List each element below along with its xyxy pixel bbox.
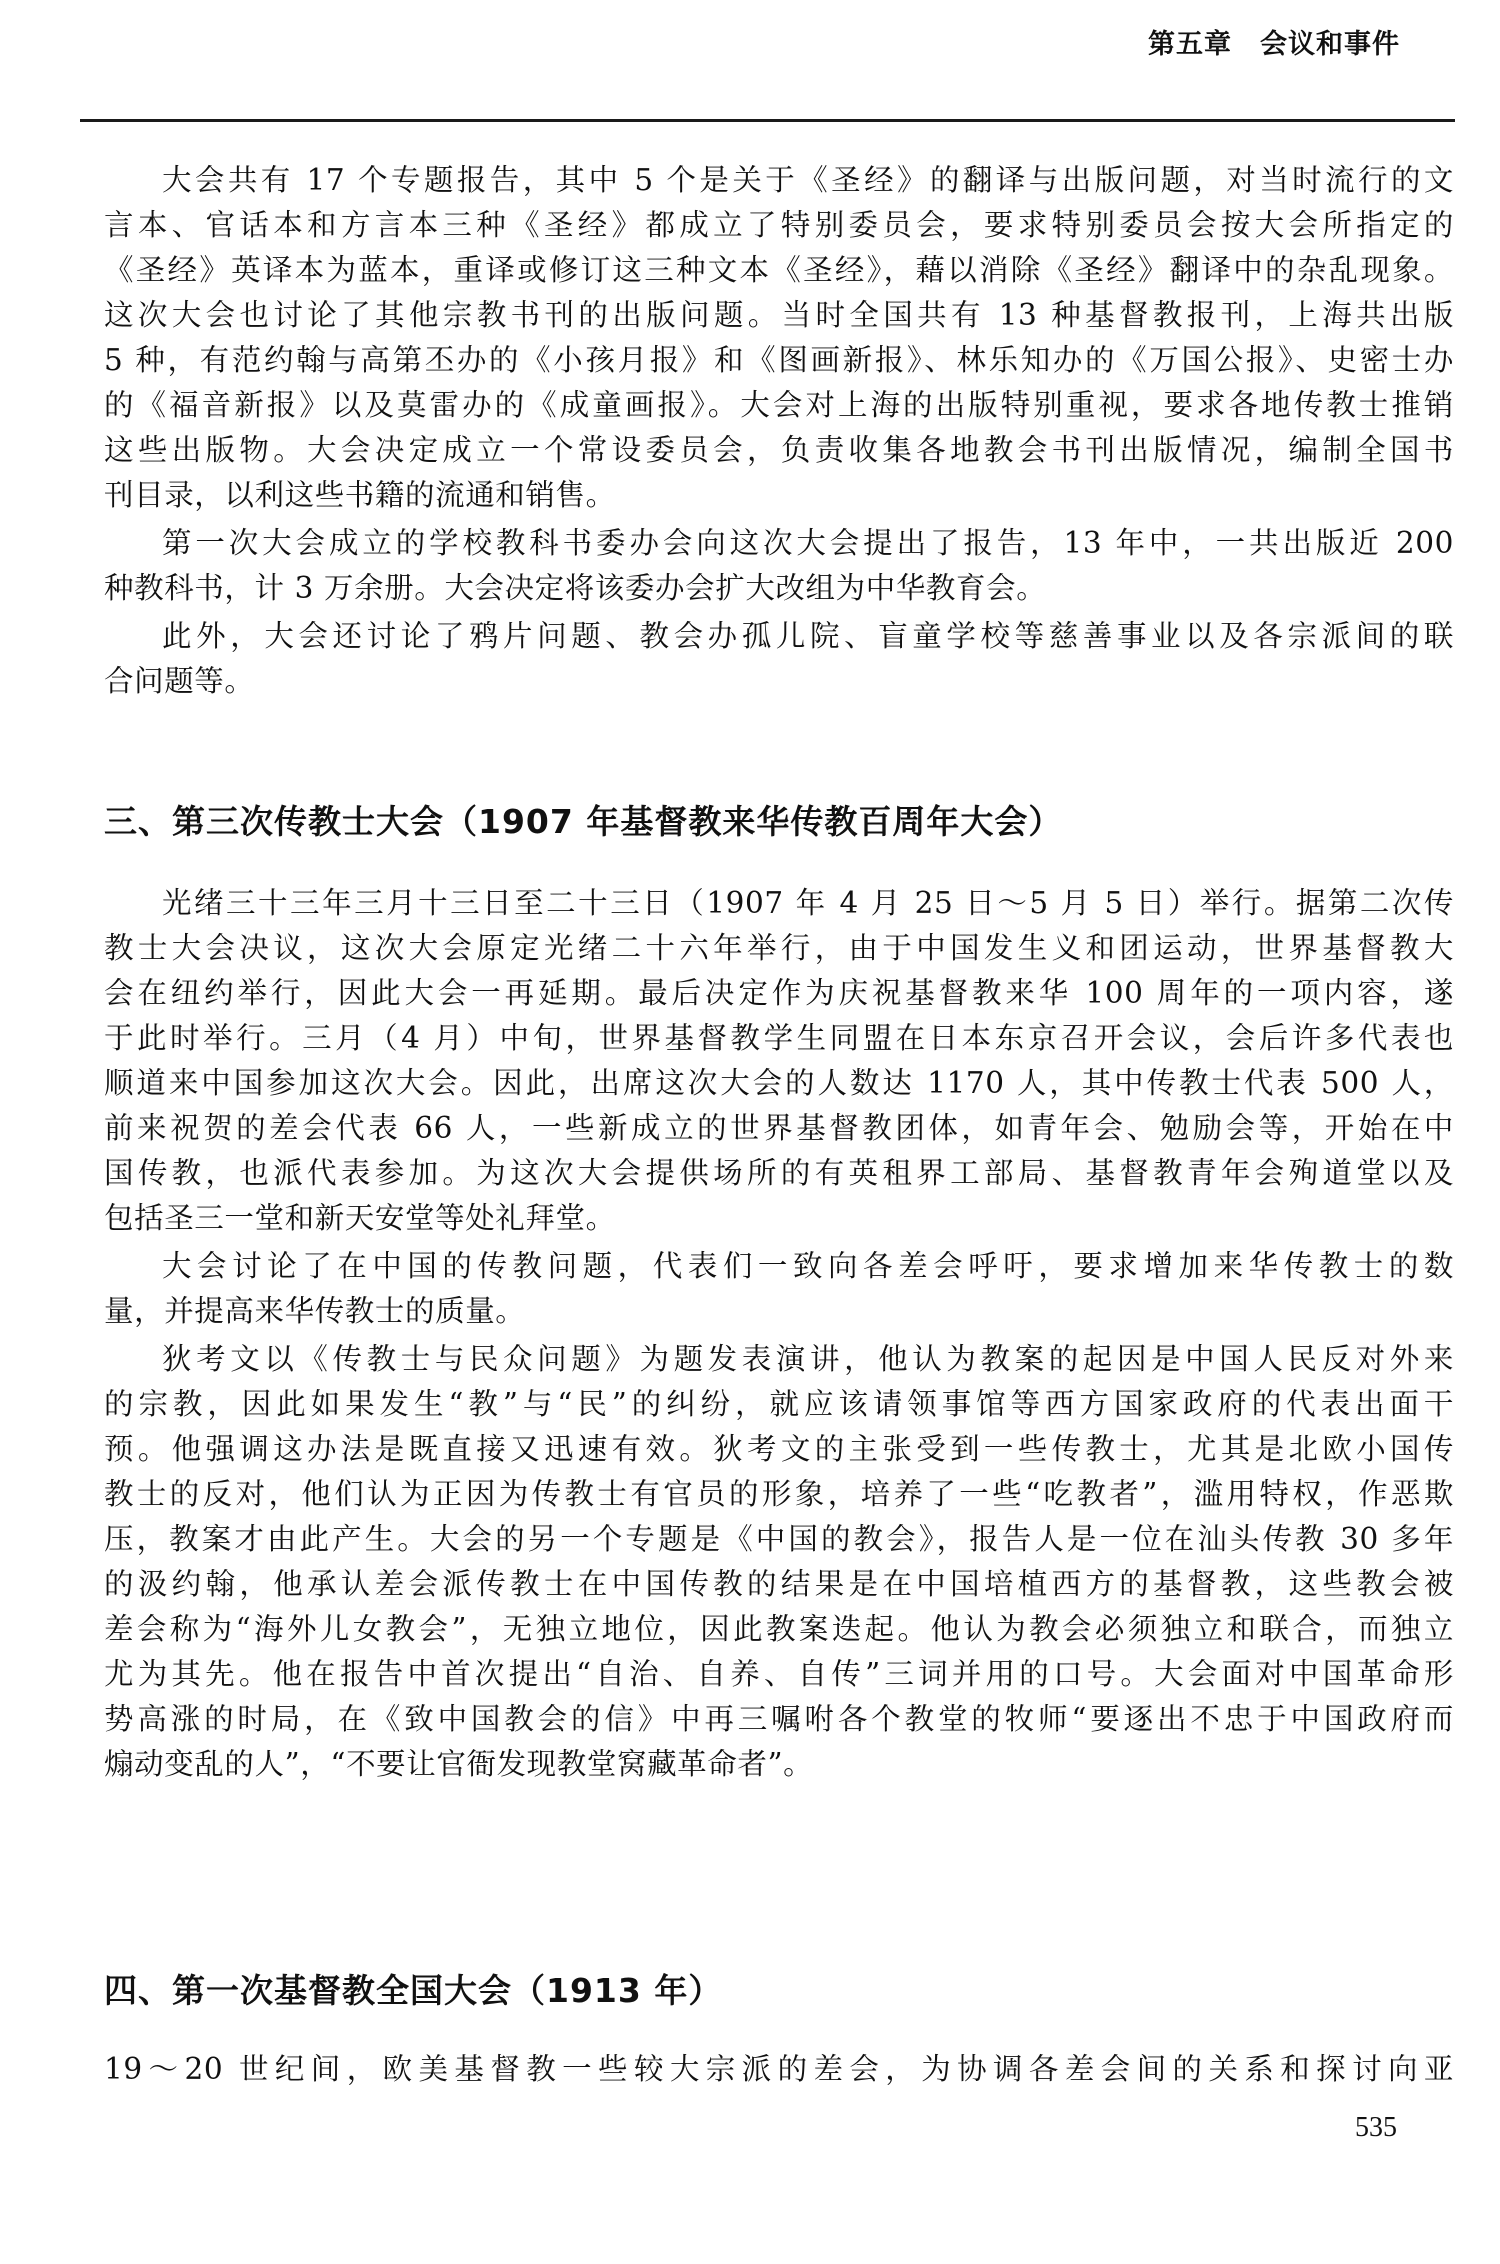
header-rule (80, 119, 1455, 122)
text-line: 压，教案才由此产生。大会的另一个专题是《中国的教会》，报告人是一位在汕头传教 3… (104, 1517, 1454, 1562)
text-line: 5 种，有范约翰与高第丕办的《小孩月报》和《图画新报》、林乐知办的《万国公报》、… (104, 338, 1454, 383)
text-line: 前来祝贺的差会代表 66 人，一些新成立的世界基督教团体，如青年会、勉励会等，开… (104, 1106, 1454, 1151)
section-heading-4: 四、第一次基督教全国大会（1913 年） (104, 1966, 722, 2016)
text-line: 差会称为“海外儿女教会”，无独立地位，因此教案迭起。他认为教会必须独立和联合，而… (104, 1607, 1454, 1652)
text-line: 这些出版物。大会决定成立一个常设委员会，负责收集各地教会书刊出版情况，编制全国书 (104, 428, 1454, 473)
text-line: 尤为其先。他在报告中首次提出“自治、自养、自传”三词并用的口号。大会面对中国革命… (104, 1652, 1454, 1697)
text-line: 国传教，也派代表参加。为这次大会提供场所的有英租界工部局、基督教青年会殉道堂以及 (104, 1151, 1454, 1196)
text-line: 大会共有 17 个专题报告，其中 5 个是关于《圣经》的翻译与出版问题，对当时流… (162, 158, 1454, 203)
text-line: 于此时举行。三月（4 月）中旬，世界基督教学生同盟在日本东京召开会议，会后许多代… (104, 1016, 1454, 1061)
text-line: 势高涨的时局，在《致中国教会的信》中再三嘱咐各个教堂的牧师“要逐出不忠于中国政府… (104, 1697, 1454, 1742)
text-line: 教士的反对，他们认为正因为传教士有官员的形象，培养了一些“吃教者”，滥用特权，作… (104, 1472, 1454, 1517)
text-line: 包括圣三一堂和新天安堂等处礼拜堂。 (104, 1196, 616, 1241)
text-line: 言本、官话本和方言本三种《圣经》都成立了特别委员会，要求特别委员会按大会所指定的 (104, 203, 1454, 248)
text-line: 刊目录，以利这些书籍的流通和销售。 (104, 473, 616, 518)
text-line: 狄考文以《传教士与民众问题》为题发表演讲，他认为教案的起因是中国人民反对外来 (162, 1337, 1454, 1382)
text-line: 的《福音新报》以及莫雷办的《成童画报》。大会对上海的出版特别重视，要求各地传教士… (104, 383, 1454, 428)
text-line: 的宗教，因此如果发生“教”与“民”的纠纷，就应该请领事馆等西方国家政府的代表出面… (104, 1382, 1454, 1427)
text-line: 会在纽约举行，因此大会一再延期。最后决定作为庆祝基督教来华 100 周年的一项内… (104, 971, 1454, 1016)
text-line: 《圣经》英译本为蓝本，重译或修订这三种文本《圣经》，藉以消除《圣经》翻译中的杂乱… (104, 248, 1454, 293)
text-line: 教士大会决议，这次大会原定光绪二十六年举行，由于中国发生义和团运动，世界基督教大 (104, 926, 1454, 971)
text-line: 第一次大会成立的学校教科书委办会向这次大会提出了报告，13 年中，一共出版近 2… (162, 521, 1454, 566)
text-line: 大会讨论了在中国的传教问题，代表们一致向各差会呼吁，要求增加来华传教士的数 (162, 1244, 1454, 1289)
text-line: 的汲约翰，他承认差会派传教士在中国传教的结果是在中国培植西方的基督教，这些教会被 (104, 1562, 1454, 1607)
page-number: 535 (1355, 2112, 1397, 2144)
text-line: 种教科书，计 3 万余册。大会决定将该委办会扩大改组为中华教育会。 (104, 566, 1046, 611)
text-line: 顺道来中国参加这次大会。因此，出席这次大会的人数达 1170 人，其中传教士代表… (104, 1061, 1454, 1106)
text-line: 这次大会也讨论了其他宗教书刊的出版问题。当时全国共有 13 种基督教报刊，上海共… (104, 293, 1454, 338)
text-line: 量，并提高来华传教士的质量。 (104, 1289, 525, 1334)
text-line: 光绪三十三年三月十三日至二十三日（1907 年 4 月 25 日～5 月 5 日… (162, 881, 1454, 926)
text-line: 预。他强调这办法是既直接又迅速有效。狄考文的主张受到一些传教士，尤其是北欧小国传 (104, 1427, 1454, 1472)
text-line: 煽动变乱的人”，“不要让官衙发现教堂窝藏革命者”。 (104, 1742, 813, 1787)
text-line: 此外，大会还讨论了鸦片问题、教会办孤儿院、盲童学校等慈善事业以及各宗派间的联 (162, 614, 1454, 659)
running-header-chapter-title: 第五章 会议和事件 (1148, 22, 1400, 61)
text-line: 合问题等。 (104, 659, 255, 704)
section-heading-3: 三、第三次传教士大会（1907 年基督教来华传教百周年大会） (104, 797, 1062, 847)
text-line: 19～20 世纪间，欧美基督教一些较大宗派的差会，为协调各差会间的关系和探讨向亚 (104, 2047, 1454, 2092)
